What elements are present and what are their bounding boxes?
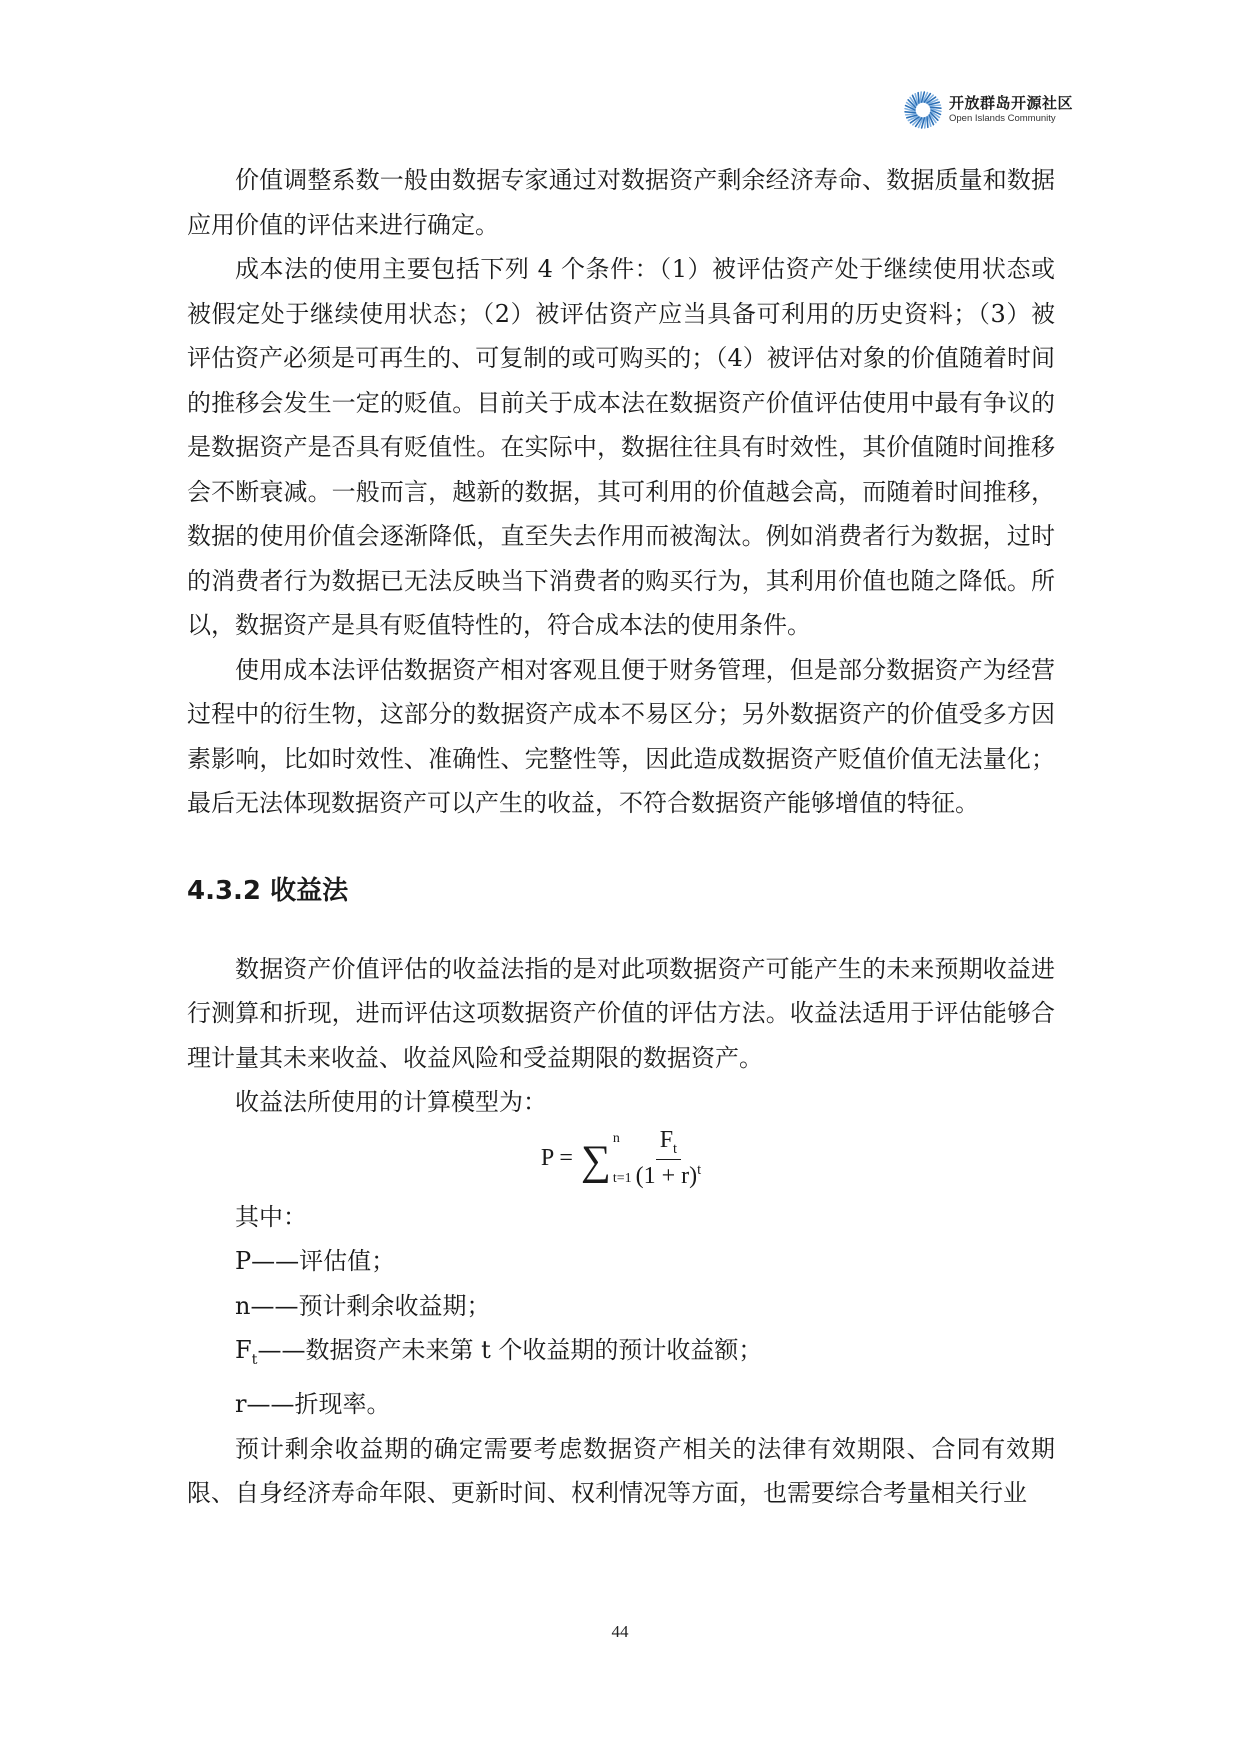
paragraph: 成本法的使用主要包括下列 4 个条件：（1）被评估资产处于继续使用状态或被假定处… <box>187 247 1055 648</box>
summation-symbol: ∑ <box>581 1140 611 1182</box>
definition-p: P——评估值； <box>187 1239 1055 1284</box>
header-logo: 开放群岛开源社区 Open Islands Community <box>903 89 1093 131</box>
where-label: 其中： <box>187 1195 1055 1240</box>
page-number: 44 <box>0 1622 1240 1642</box>
definition-r: r——折现率。 <box>187 1382 1055 1427</box>
definition-n: n——预计剩余收益期； <box>187 1284 1055 1329</box>
income-method-formula: P = ∑ n t=1 Ft (1 + r)t <box>187 1127 1055 1191</box>
lower-limit: t=1 <box>613 1171 632 1187</box>
definition-ft: Ft——数据资产未来第 t 个收益期的预计收益额； <box>187 1328 1055 1382</box>
sunburst-ring-icon <box>903 90 943 130</box>
paragraph: 收益法所使用的计算模型为： <box>187 1080 1055 1125</box>
logo-title-en: Open Islands Community <box>949 114 1073 124</box>
fraction: Ft (1 + r)t <box>636 1127 702 1191</box>
logo-text: 开放群岛开源社区 Open Islands Community <box>949 96 1073 124</box>
formula-lhs: P = <box>541 1145 573 1172</box>
paragraph: 数据资产价值评估的收益法指的是对此项数据资产可能产生的未来预期收益进行测算和折现… <box>187 947 1055 1081</box>
paragraph: 预计剩余收益期的确定需要考虑数据资产相关的法律有效期限、合同有效期限、自身经济寿… <box>187 1427 1055 1516</box>
numerator: Ft <box>656 1127 681 1161</box>
paragraph: 使用成本法评估数据资产相对客观且便于财务管理，但是部分数据资产为经营过程中的衍生… <box>187 648 1055 826</box>
denominator: (1 + r)t <box>636 1160 702 1190</box>
document-body: 价值调整系数一般由数据专家通过对数据资产剩余经济寿命、数据质量和数据应用价值的评… <box>187 158 1055 1516</box>
paragraph: 价值调整系数一般由数据专家通过对数据资产剩余经济寿命、数据质量和数据应用价值的评… <box>187 158 1055 247</box>
upper-limit: n <box>613 1131 632 1147</box>
summation-limits: n t=1 <box>613 1131 632 1187</box>
section-heading: 4.3.2 收益法 <box>187 871 1055 911</box>
logo-title-cn: 开放群岛开源社区 <box>949 96 1073 111</box>
